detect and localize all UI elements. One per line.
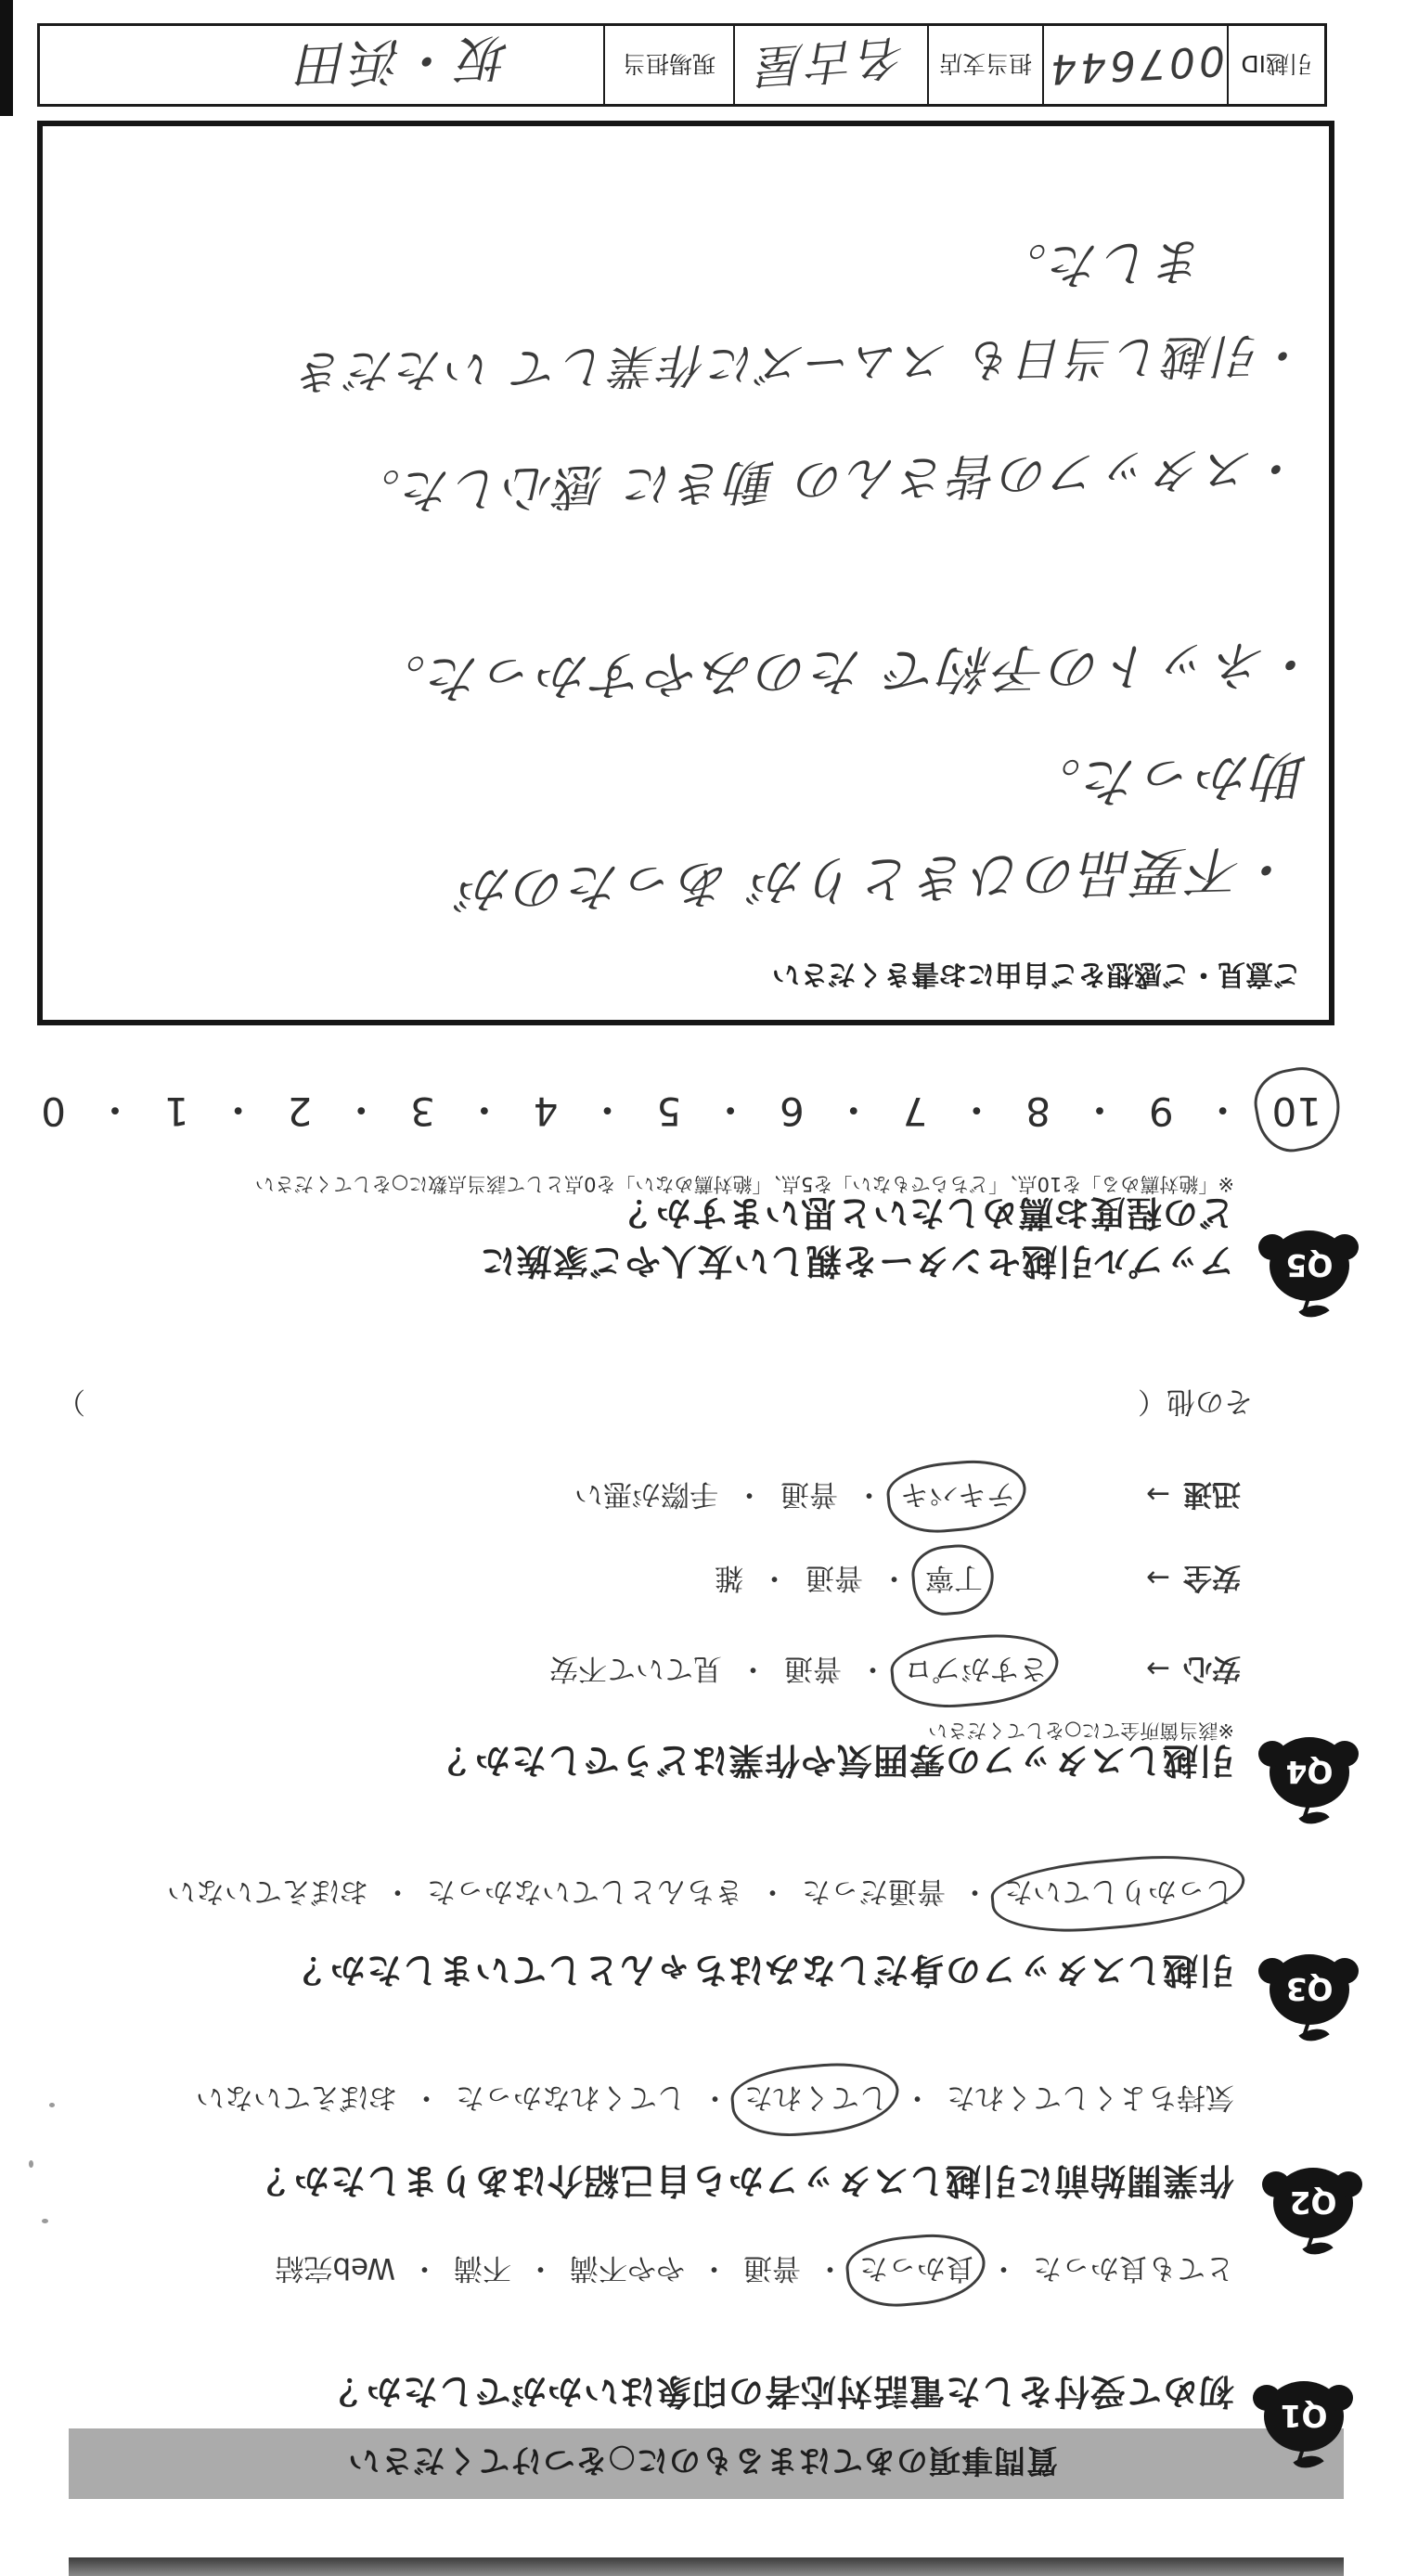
q2-title: 作業開始前に引越しスタッフから自己紹介はありましたか？ bbox=[257, 2158, 1234, 2209]
q1-mascot-badge: Q1 bbox=[1260, 2379, 1346, 2468]
q4-option: 普通 bbox=[806, 1561, 863, 1594]
scale-dot: ・ bbox=[834, 1084, 873, 1140]
mascot-leaf-icon bbox=[1298, 1297, 1329, 1326]
q1-title: 初めて受付をした電話対応者の印象はいかがでしたか？ bbox=[329, 2369, 1234, 2420]
q1-option: Web完結 bbox=[275, 2251, 395, 2285]
option-separator: ・ bbox=[758, 1874, 787, 1908]
q1-option: 普通 bbox=[743, 2251, 801, 2285]
scale-dot: ・ bbox=[342, 1084, 380, 1140]
move-id-label-cell: 引越ID bbox=[1227, 26, 1324, 104]
q1-option-selected: 良かった bbox=[859, 2250, 974, 2292]
instruction-bar-text: 質問事項のあてはまるものに○をつけてください bbox=[347, 2441, 1058, 2487]
staff-label: 現場担当 bbox=[623, 48, 715, 82]
scale-dot: ・ bbox=[219, 1084, 258, 1140]
q2-mascot-badge: Q2 bbox=[1270, 2166, 1355, 2255]
scale-1: 1 bbox=[164, 1089, 189, 1135]
q3-option: おぼえていない bbox=[167, 1874, 368, 1908]
q3-option: きちんとしていなかった bbox=[427, 1874, 743, 1908]
option-separator: ・ bbox=[989, 2251, 1018, 2285]
scan-speck bbox=[29, 2160, 33, 2168]
q4-option: 普通 bbox=[780, 1477, 838, 1511]
q5-scale-selected-10: 10 bbox=[1272, 1089, 1321, 1135]
q3-badge-label: Q3 bbox=[1270, 1954, 1349, 2025]
option-separator: ・ bbox=[410, 2251, 439, 2285]
q1-options: とても良かった・良かった・普通・やや不満・不満・Web完結 bbox=[275, 2250, 1234, 2292]
scale-dot: ・ bbox=[711, 1084, 750, 1140]
scale-dot: ・ bbox=[465, 1084, 504, 1140]
q1-badge-label: Q1 bbox=[1264, 2381, 1344, 2452]
q2-option-selected: してくれた bbox=[744, 2080, 888, 2121]
q5-note: ※「絶対薦める」を10点、「どちらでもない」を5点、「絶対薦めない」を0点として… bbox=[255, 1171, 1234, 1199]
option-separator: ・ bbox=[855, 1477, 883, 1511]
move-id-handwritten-value: 30076447 bbox=[1042, 35, 1227, 95]
scan-edge-streak bbox=[0, 0, 13, 116]
q2-badge-label: Q2 bbox=[1273, 2168, 1353, 2238]
move-id-label: 引越ID bbox=[1241, 48, 1312, 82]
instruction-bar: 質問事項のあてはまるものに○をつけてください bbox=[69, 2428, 1344, 2499]
option-separator: ・ bbox=[880, 1561, 909, 1594]
option-separator: ・ bbox=[383, 1874, 412, 1908]
q4-option: 雑 bbox=[715, 1561, 743, 1594]
comment-box: ご意見・ご感想をご自由にお書きください ・不要品のひきとりが あったのが 助かっ… bbox=[37, 121, 1334, 1025]
option-separator: ・ bbox=[701, 2080, 729, 2114]
option-separator: ・ bbox=[816, 2251, 844, 2285]
q4-row3-selected: テキパキ bbox=[900, 1476, 1015, 1518]
scale-4: 4 bbox=[534, 1089, 559, 1135]
form-header-table: 引越ID 30076447 担当支店 名古屋 現場担当 坂・浜田 bbox=[37, 23, 1327, 107]
branch-handwritten-value: 名古屋 bbox=[754, 26, 909, 103]
option-separator: ・ bbox=[735, 1477, 764, 1511]
mascot-leaf-icon bbox=[1298, 2021, 1329, 2050]
handwritten-comment-line: ・引越し当日も スムーズに作業して いただき bbox=[296, 324, 1311, 408]
q4-row-jinsoku: 迅速→テキパキ・普通・手際が悪い bbox=[574, 1476, 1241, 1518]
handwritten-comment-line: 助かった。 bbox=[1025, 741, 1310, 829]
comment-box-header: ご意見・ご感想をご自由にお書きください bbox=[772, 957, 1301, 998]
q4-row1-selected: さすがプロ bbox=[904, 1651, 1048, 1693]
scale-dot: ・ bbox=[96, 1084, 135, 1140]
q2-option: してくれなかった bbox=[456, 2080, 686, 2114]
q5-mascot-badge: Q5 bbox=[1266, 1229, 1351, 1318]
q2-option: 気持ちよくしてくれた bbox=[947, 2080, 1234, 2114]
q2-options: 気持ちよくしてくれた・してくれた・してくれなかった・おぼえていない bbox=[196, 2080, 1234, 2121]
branch-label: 担当支店 bbox=[939, 48, 1032, 82]
q4-note: ※該当箇所全てに○をしてください bbox=[928, 1718, 1234, 1745]
scan-speck bbox=[49, 2103, 55, 2107]
option-separator: ・ bbox=[526, 2251, 555, 2285]
scale-6: 6 bbox=[780, 1089, 805, 1135]
staff-handwritten-value: 坂・浜田 bbox=[294, 26, 512, 104]
scan-edge-band bbox=[69, 2557, 1344, 2576]
q4-row-label: 安心 bbox=[1183, 1652, 1241, 1685]
q1-option: やや不満 bbox=[570, 2251, 685, 2285]
handwritten-comment-line: ・スタッフの皆さんの 動きに 感心した。 bbox=[349, 437, 1306, 532]
mascot-leaf-icon bbox=[1302, 2235, 1333, 2263]
branch-label-cell: 担当支店 bbox=[927, 26, 1042, 104]
branch-value-cell: 名古屋 bbox=[733, 26, 927, 104]
q4-row-anshin: 安心→さすがプロ・普通・見ていて不安 bbox=[549, 1651, 1241, 1693]
handwritten-comment-line: ・不要品のひきとりが あったのが bbox=[457, 834, 1298, 931]
arrow-icon: → bbox=[1146, 1477, 1170, 1511]
q3-option-selected: しっかりしていた bbox=[1004, 1874, 1234, 1915]
q5-badge-label: Q5 bbox=[1270, 1230, 1349, 1301]
q3-title: 引越しスタッフの身だしなみはちゃんとしていましたか？ bbox=[293, 1948, 1234, 1999]
q2-option: おぼえていない bbox=[196, 2080, 397, 2114]
option-separator: ・ bbox=[760, 1561, 789, 1594]
handwritten-comment-line: ました。 bbox=[994, 228, 1208, 307]
scale-dot: ・ bbox=[1204, 1084, 1243, 1140]
q4-other-close: ） bbox=[57, 1384, 85, 1425]
scale-3: 3 bbox=[410, 1089, 435, 1135]
scale-dot: ・ bbox=[587, 1084, 626, 1140]
arrow-icon: → bbox=[1146, 1652, 1170, 1685]
q4-other-open: その他（ bbox=[1138, 1385, 1253, 1418]
q4-row-label: 迅速 bbox=[1183, 1477, 1241, 1511]
q1-option: 不満 bbox=[454, 2251, 511, 2285]
move-id-value-cell: 30076447 bbox=[1042, 26, 1227, 104]
option-separator: ・ bbox=[739, 1652, 767, 1685]
q3-option: 普通だった bbox=[802, 1874, 946, 1908]
q5-title-line1: アップル引越センターを親しい友人やご家族に bbox=[480, 1239, 1234, 1290]
q4-mascot-badge: Q4 bbox=[1266, 1735, 1351, 1824]
scanned-survey-page: 質問事項のあてはまるものに○をつけてください Q1 初めて受付をした電話対応者の… bbox=[0, 0, 1405, 2576]
q5-rating-scale: 10 ・ 9 ・ 8 ・ 7 ・ 6 ・ 5 ・ 4 ・ 3 ・ 2 ・ 1 ・… bbox=[41, 1084, 1321, 1140]
handwritten-comment-line: ・ネットの予約で たのみやすかった。 bbox=[371, 629, 1322, 720]
option-separator: ・ bbox=[960, 1874, 989, 1908]
staff-label-cell: 現場担当 bbox=[603, 26, 732, 104]
scan-speck bbox=[42, 2219, 48, 2223]
q4-option: 普通 bbox=[784, 1652, 842, 1685]
q4-option: 手際が悪い bbox=[574, 1477, 718, 1511]
mascot-leaf-icon bbox=[1298, 1804, 1329, 1833]
arrow-icon: → bbox=[1146, 1561, 1170, 1594]
q4-badge-label: Q4 bbox=[1270, 1737, 1349, 1808]
q4-title: 引越しスタッフの雰囲気や作業はどうでしたか？ bbox=[438, 1738, 1234, 1789]
option-separator: ・ bbox=[700, 2251, 728, 2285]
q3-mascot-badge: Q3 bbox=[1266, 1952, 1351, 2041]
scale-7: 7 bbox=[903, 1089, 928, 1135]
option-separator: ・ bbox=[858, 1652, 887, 1685]
q4-option: 見ていて不安 bbox=[549, 1652, 722, 1685]
scale-5: 5 bbox=[656, 1089, 681, 1135]
q4-row2-selected: 丁寧 bbox=[925, 1560, 983, 1602]
q4-row-anzen: 安全→丁寧・普通・雑 bbox=[715, 1560, 1241, 1602]
option-separator: ・ bbox=[412, 2080, 441, 2114]
q4-row-other: その他（ ） bbox=[37, 1384, 1253, 1425]
scale-9: 9 bbox=[1149, 1089, 1174, 1135]
q1-option: とても良かった bbox=[1033, 2251, 1234, 2285]
q4-row-label: 安全 bbox=[1183, 1561, 1241, 1594]
option-separator: ・ bbox=[903, 2080, 932, 2114]
staff-value-cell: 坂・浜田 bbox=[40, 26, 603, 104]
scale-0: 0 bbox=[41, 1089, 66, 1135]
scale-8: 8 bbox=[1025, 1089, 1051, 1135]
scale-dot: ・ bbox=[957, 1084, 996, 1140]
q3-options: しっかりしていた・普通だった・きちんとしていなかった・おぼえていない bbox=[167, 1874, 1234, 1915]
scale-dot: ・ bbox=[1080, 1084, 1119, 1140]
scale-2: 2 bbox=[288, 1089, 313, 1135]
